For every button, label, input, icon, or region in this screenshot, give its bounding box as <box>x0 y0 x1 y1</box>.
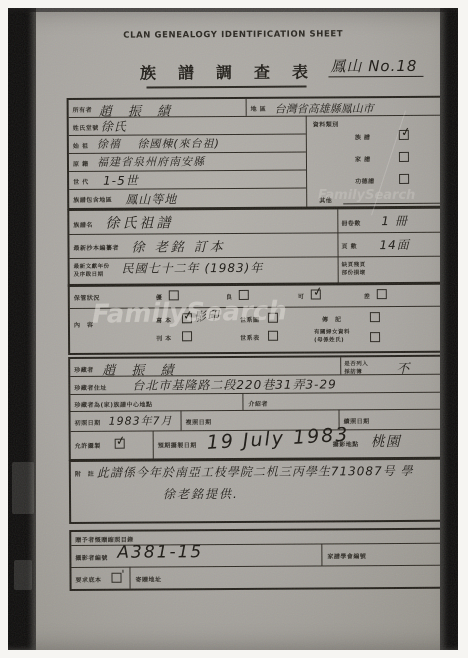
contents-lineage-chart-label: 世系圖 <box>240 315 260 324</box>
contents-women-label-line2: (母係姓氏) <box>314 335 344 343</box>
stray-pen-mark: ' <box>121 568 125 581</box>
title-underline <box>147 86 307 89</box>
contents-label: 內 容 <box>74 320 94 329</box>
latest-edition-label-line2: 及序跋日期 <box>74 270 104 278</box>
contents-women-label-line1: 有關婦女資料 <box>314 327 350 335</box>
divider <box>180 410 181 430</box>
keeper-address-label: 珍藏者住址 <box>74 383 107 392</box>
divider <box>242 393 243 410</box>
scanned-genealogy-sheet: FamilySearch FamilySearch CLAN GENEALOGY… <box>0 0 468 658</box>
notes-label: 附 註 <box>75 469 95 478</box>
category-merit-label: 功德譜 <box>355 176 375 185</box>
photographer-number-value: A381-15 <box>117 542 203 563</box>
first-photo-date-value: 1983年7月 <box>109 412 173 428</box>
first-ancestor-label: 始 祖 <box>73 141 89 150</box>
check-mark-icon: ✓ <box>182 307 194 323</box>
scan-border <box>0 0 468 8</box>
contents-biography-checkbox <box>370 312 380 322</box>
condition-excellent-label: 優 <box>156 292 163 301</box>
listed-label-line1: 是否列入 <box>344 359 368 367</box>
contents-women-checkbox <box>370 332 380 342</box>
condition-good-label: 良 <box>226 292 233 301</box>
area-value: 台灣省高雄縣鳳山市 <box>275 100 374 117</box>
contents-lineage-chart-checkbox <box>268 313 278 323</box>
film-edge-right <box>440 8 458 650</box>
surname-hall-value: 徐氏 <box>101 118 127 135</box>
latest-edition-label-line1: 最新文獻年份 <box>74 262 110 270</box>
divider <box>337 209 338 283</box>
pages-label: 頁 數 <box>341 241 357 250</box>
condition-fair-label: 可 <box>298 292 305 301</box>
pages-value: 14面 <box>379 236 409 253</box>
table-condition-contents: 保管狀況 優 良 可 ✓ 差 內 容 寫 本 ✓ 影印 刊 本 世系圖 世系表 … <box>68 282 456 355</box>
divider <box>321 543 322 565</box>
photographer-number-label: 攝影者編號 <box>75 553 108 562</box>
category-merit-checkbox <box>399 174 409 184</box>
generations-label: 世 代 <box>73 177 89 186</box>
original-home-value: 福建省泉州府南安縣 <box>97 153 205 170</box>
condition-excellent-checkbox <box>169 290 179 300</box>
form-area: CLAN GENEALOGY IDENTIFICATION SHEET 族 譜 … <box>0 0 468 658</box>
genealogy-title-label: 族譜名 <box>73 220 93 229</box>
coverage-value: 鳳山等地 <box>125 190 177 207</box>
compiler-value: 徐 老銘 訂本 <box>131 236 225 256</box>
surname-hall-label: 姓氏堂號 <box>73 123 99 132</box>
film-smudge <box>14 560 32 590</box>
owner-label: 所有者 <box>73 105 93 114</box>
category-other-label: 其他 <box>319 195 332 204</box>
condition-poor-label: 差 <box>364 291 371 300</box>
divider <box>306 116 308 207</box>
table-catalog: 贈予者慨贈縮照目錄 攝影者編號 A381-15 家譜學會編號 要求底本 ' 寄贈… <box>69 528 457 591</box>
film-smudge <box>12 462 34 514</box>
filming-location-value: 桃園 <box>371 431 401 451</box>
contents-lineage-table-label: 世系表 <box>240 333 260 342</box>
table-keeper-photo: 珍藏者 趙 振 績 是否列入 採訪簿 不 珍藏者住址 台北市基隆路二段220巷3… <box>68 355 457 461</box>
introducer-label: 介紹者 <box>248 399 268 408</box>
divider <box>70 306 454 309</box>
photocopy-handwriting: 影印 <box>193 306 220 325</box>
contents-printed-label: 刊 本 <box>156 333 172 342</box>
scan-border <box>458 0 468 658</box>
check-mark-icon: ✓ <box>312 284 324 300</box>
latest-edition-value: 民國七十二年 (1983)年 <box>122 259 264 277</box>
category-family-label: 家 譜 <box>355 154 371 163</box>
divider <box>246 99 247 116</box>
coverage-label: 族譜包含地區 <box>73 195 112 204</box>
table-owner-info: 所有者 趙 振 績 地 區 台灣省高雄縣鳳山市 姓氏堂號 徐氏 始 祖 徐禧 徐… <box>67 96 456 210</box>
genealogy-center-label: 珍藏者為(家)族譜中心地點 <box>74 399 152 408</box>
request-copy-checkbox <box>111 573 121 583</box>
volumes-value: 1 冊 <box>381 212 408 229</box>
listed-value: 不 <box>396 358 410 377</box>
check-mark-icon: ✓ <box>400 124 412 140</box>
divider <box>70 409 454 412</box>
damage-label-line1: 缺頁殘頁 <box>342 260 366 268</box>
volumes-label: 冊卷數 <box>341 218 361 227</box>
filming-location-label: 攝影地點 <box>333 439 359 448</box>
scan-border <box>0 0 8 658</box>
original-home-label: 原 籍 <box>73 159 89 168</box>
mailing-address-label: 寄贈地址 <box>135 574 161 583</box>
first-photo-date-label: 初照日期 <box>75 418 101 427</box>
divider <box>153 430 154 458</box>
condition-good-checkbox <box>239 290 249 300</box>
category-genealogy-label: 族 譜 <box>355 132 371 141</box>
contents-lineage-table-checkbox <box>268 331 278 341</box>
table-notes: 附 註 此譜係今年於南亞工枝學院二机三丙學生713087号 學 徐老銘提供. <box>69 458 457 524</box>
contents-biography-label: 傳 記 <box>322 314 342 323</box>
divider <box>340 357 341 374</box>
first-ancestor-value: 徐禧 徐國棟(來台祖) <box>97 135 220 152</box>
form-title: 族 譜 調 查 表 <box>108 59 348 83</box>
generations-value: 1-5世 <box>103 172 139 189</box>
contents-manuscript-label: 寫 本 <box>156 315 172 324</box>
genealogy-title-value: 徐氏祖譜 <box>105 212 173 232</box>
society-number-label: 家譜學會編號 <box>327 551 366 560</box>
category-family-checkbox <box>399 152 409 162</box>
area-label: 地 區 <box>251 104 267 113</box>
page-number-handwriting: 鳳山 No.18 <box>328 55 423 77</box>
expected-filming-date-label: 預期攝製日期 <box>158 440 197 449</box>
category-label: 資料類別 <box>313 119 339 128</box>
expected-filming-date-value: 19 July 1983 <box>206 424 350 454</box>
condition-label: 保管狀況 <box>74 293 100 302</box>
request-copy-label: 要求底本 <box>75 575 101 584</box>
table-genealogy-title: 族譜名 徐氏祖譜 冊卷數 1 冊 最新抄本編纂者 徐 老銘 訂本 頁 數 14面… <box>67 207 455 287</box>
notes-line1: 此譜係今年於南亞工枝學院二机三丙學生713087号 學 <box>97 462 414 481</box>
filming-permission-label: 允許攝製 <box>75 441 101 450</box>
contents-printed-checkbox <box>182 331 192 341</box>
keeper-label: 珍藏者 <box>74 365 94 374</box>
check-mark-icon: ✓ <box>115 433 127 449</box>
listed-label-line2: 採訪簿 <box>344 367 362 375</box>
damage-label-line2: 部份損壞 <box>342 268 366 276</box>
scan-border <box>0 650 468 658</box>
condition-poor-checkbox <box>377 289 387 299</box>
english-header: CLAN GENEALOGY IDENTIFICATION SHEET <box>68 29 398 41</box>
notes-line2: 徐老銘提供. <box>163 485 239 502</box>
film-edge-left <box>8 8 36 650</box>
rephoto-date-label: 複照日期 <box>186 417 212 426</box>
keeper-address-value: 台北市基隆路二段220巷31弄3-29 <box>132 375 337 393</box>
film-edge-top <box>8 8 458 12</box>
compiler-label: 最新抄本編纂者 <box>73 243 119 252</box>
divider <box>129 567 130 589</box>
other-blank-line <box>343 203 451 205</box>
